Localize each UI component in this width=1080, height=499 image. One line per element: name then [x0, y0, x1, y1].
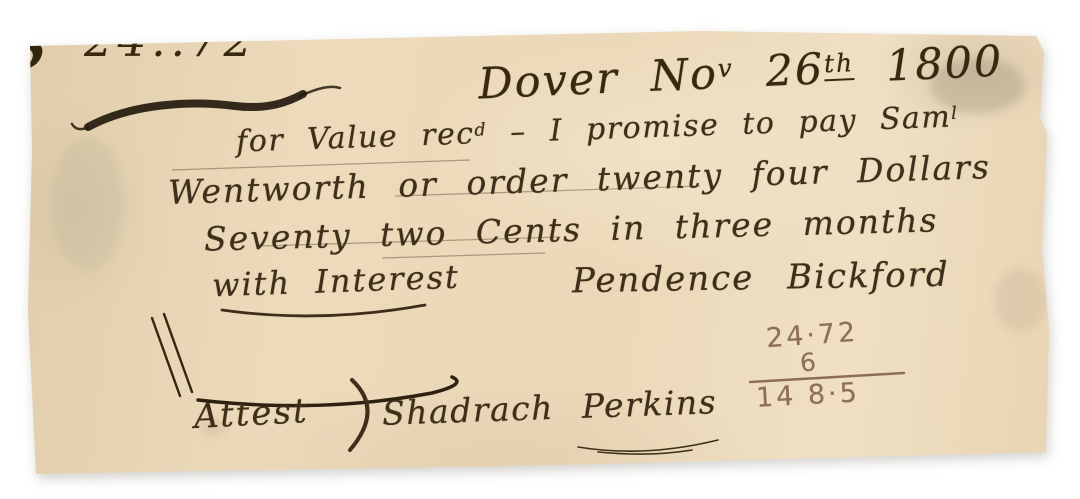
bleedthrough-left [52, 138, 124, 270]
amount-value: 24..72 [84, 14, 257, 67]
paper-stain-right-edge [995, 268, 1045, 332]
dateline: Dover Nov 26th 1800 [477, 37, 1004, 110]
pencil-math-interest: 6 [799, 347, 817, 377]
note-paper: Dover Nov 26th 1800 for Value recd – I p… [0, 0, 1080, 499]
witness-underline [578, 440, 718, 454]
maker-signature: Pendence Bickford [572, 255, 950, 302]
dollar-sign-strokes [152, 314, 192, 396]
witness-signature: Shadrach Perkins [381, 382, 717, 433]
dateline-day-superscript: th [823, 48, 854, 81]
dateline-month-superscript: v [717, 53, 734, 83]
ink-flourish-top-left [88, 94, 303, 127]
saml-superscript: l [951, 104, 959, 124]
dollar-sign: $ [0, 0, 57, 89]
dateline-place-month: Dover No [477, 49, 719, 109]
body-line-promise-text2: – I promise to pay Sam [487, 100, 952, 151]
dateline-day: 26 [764, 44, 825, 97]
interest-underline [222, 305, 425, 316]
dateline-year: 1800 [885, 37, 1005, 92]
body-line-promise-text: for Value rec [236, 116, 476, 159]
paper-shadow: Dover Nov 26th 1800 for Value recd – I p… [0, 0, 1080, 499]
attest-label: Attest [193, 391, 309, 437]
photo-canvas: Dover Nov 26th 1800 for Value recd – I p… [0, 0, 1080, 499]
recd-superscript: d [474, 120, 487, 140]
pencil-math-result: 14 8·5 [755, 377, 860, 413]
body-line-cents: Seventy two Cents in three months [204, 200, 939, 258]
body-line-interest: with Interest [211, 258, 460, 305]
attest-bracket [350, 380, 368, 450]
